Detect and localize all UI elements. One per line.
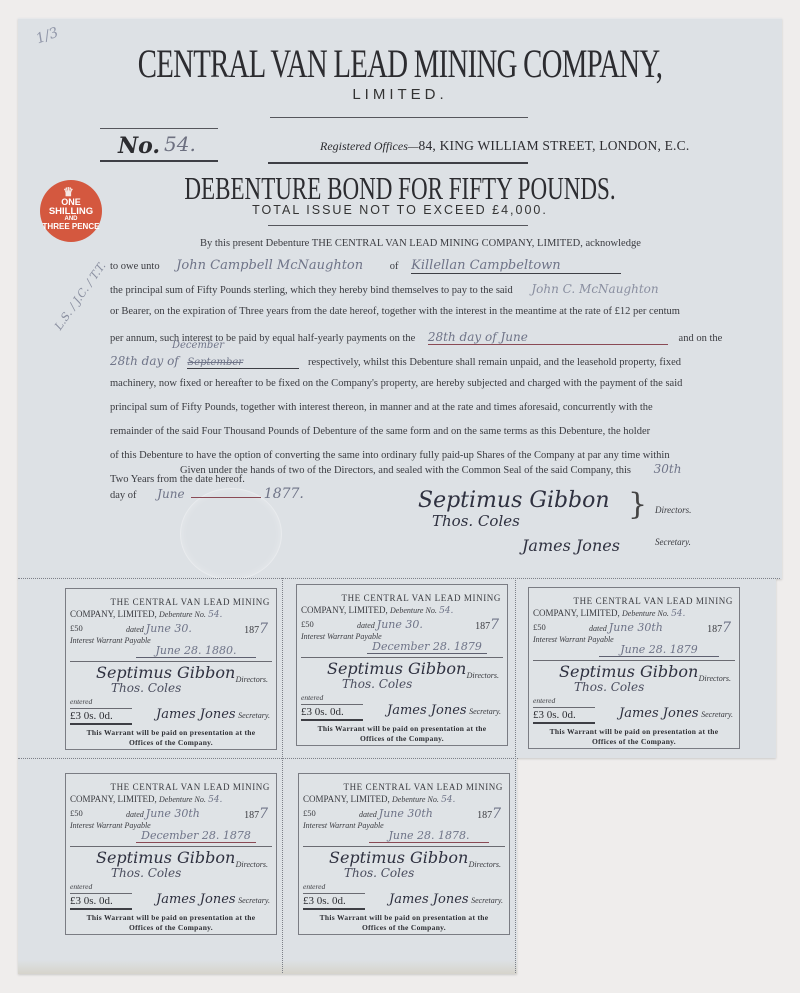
body-line-9: remainder of the said Four Thousand Poun… [110,426,650,437]
warrant-directors-label: Directors. [236,675,268,684]
warrant-directors-label: Directors. [469,860,501,869]
debenture-number-value: 54. [164,132,196,156]
warrant-dated: dated June 30. [357,618,423,631]
warrant-limited: COMPANY, LIMITED, [301,605,388,615]
warrant-principal: £50 [70,623,83,633]
warrant-separator [533,660,735,661]
year-prefix: 187 [475,621,490,632]
divider-rule [270,117,528,118]
paper-edge-stain [18,960,517,974]
year-suffix: 7 [722,620,731,636]
debenture-no-value: 54. [208,610,222,620]
year-prefix: 187 [477,810,492,821]
warrant-footer-line-2: Offices of the Company. [66,738,276,748]
warrant-interest-amount: £3 0s. 0d. [301,704,363,721]
dated-label: dated [126,810,144,819]
warrant-director-1-signature: Septimus Gibbon [96,848,235,867]
given-month-rule [191,497,261,498]
interest-warrant-4: THE CENTRAL VAN LEAD MINING COMPANY, LIM… [65,773,277,935]
year-prefix: 187 [244,625,259,636]
warrant-footer: This Warrant will be paid on presentatio… [297,724,507,744]
body-line-1: By this present Debenture THE CENTRAL VA… [200,238,641,249]
dated-value: June 30th [146,807,200,820]
principal-sum-text: the principal sum of Fifty Pounds sterli… [110,285,513,296]
warrant-company-line-2: COMPANY, LIMITED, Debenture No. 54. [303,794,455,805]
warrant-footer-line-1: This Warrant will be paid on presentatio… [529,727,739,737]
warrant-dated: dated June 30th [359,807,433,820]
given-month: June [157,487,184,501]
warrant-director-1-signature: Septimus Gibbon [329,848,468,867]
warrant-limited: COMPANY, LIMITED, [70,609,157,619]
warrant-secretary-signature: James Jones [156,707,236,722]
dated-label: dated [359,810,377,819]
warrant-year: 1877 [244,621,268,637]
warrant-footer-line-2: Offices of the Company. [299,923,509,933]
interest-warrant-2: THE CENTRAL VAN LEAD MINING COMPANY, LIM… [296,584,508,746]
body-line-8: principal sum of Fifty Pounds, together … [110,402,653,413]
respectively-text: respectively, whilst this Debenture shal… [308,357,681,368]
warrant-separator [70,661,272,662]
debenture-no-label: Debenture No. [392,795,439,804]
payment-date-2: 28th day of [110,354,179,368]
directors-label: Directors. [655,505,691,515]
body-line-3: the principal sum of Fifty Pounds sterli… [110,282,659,296]
warrant-directors-label: Directors. [467,671,499,680]
warrant-secretary-label: Secretary. [238,711,270,720]
perforation-horizontal [18,578,780,579]
payment-date-1: 28th day of June [428,330,668,345]
revenue-stamp: ♛ ONE SHILLING AND THREE PENCE [40,180,102,242]
interest-warrant-5: THE CENTRAL VAN LEAD MINING COMPANY, LIM… [298,773,510,935]
given-day: 30th [654,462,682,476]
year-suffix: 7 [492,806,501,822]
dated-value: June 30. [146,622,192,635]
given-year: 1877. [264,486,304,502]
warrant-entered-label: entered [533,696,555,705]
body-line-7: machinery, now fixed or hereafter to be … [110,378,682,389]
warrant-footer-line-2: Offices of the Company. [66,923,276,933]
warrant-dated: dated June 30th [126,807,200,820]
holder-short-name: John C. McNaughton [531,282,658,296]
given-date-line: day of June 1877. [110,486,304,502]
perforation-horizontal-2 [18,758,518,759]
warrant-pay-date: June 28. 1879 [599,643,719,657]
warrant-principal: £50 [303,808,316,818]
secretary-signature: James Jones [522,536,620,555]
payment-month-2-struck: September [187,357,299,369]
warrant-entered-label: entered [303,882,325,891]
debenture-no-value: 54. [208,795,222,805]
warrant-company: THE CENTRAL VAN LEAD MINING [299,782,503,792]
payment-month-2-inserted: December [172,340,224,351]
given-under-hands-text: Given under the hands of two of the Dire… [180,465,631,476]
warrant-interest-amount: £3 0s. 0d. [70,893,132,910]
interest-warrant-1: THE CENTRAL VAN LEAD MINING COMPANY, LIM… [65,588,277,750]
warrant-company: THE CENTRAL VAN LEAD MINING [66,782,270,792]
warrant-directors-label: Directors. [236,860,268,869]
perforation-vertical-1 [282,578,283,973]
stamp-line-4: THREE PENCE [40,222,102,231]
warrant-pay-date: June 28. 1878. [369,829,489,843]
warrant-director-1-signature: Septimus Gibbon [559,662,698,681]
director-2-signature: Thos. Coles [432,512,520,530]
warrant-footer: This Warrant will be paid on presentatio… [299,913,509,933]
warrant-interest-amount: £3 0s. 0d. [533,707,595,724]
warrant-footer-line-1: This Warrant will be paid on presentatio… [297,724,507,734]
year-prefix: 187 [707,624,722,635]
interest-warrant-3: THE CENTRAL VAN LEAD MINING COMPANY, LIM… [528,587,740,749]
secretary-label: Secretary. [655,537,691,547]
warrant-entered-label: entered [301,693,323,702]
warrant-company-line-2: COMPANY, LIMITED, Debenture No. 54. [70,609,222,620]
warrant-limited: COMPANY, LIMITED, [533,608,620,618]
body-line-6: 28th day of September respectively, whil… [110,354,681,369]
bond-subtitle: TOTAL ISSUE NOT TO EXCEED £4,000. [0,203,800,217]
warrant-secretary-label: Secretary. [469,707,501,716]
warrant-footer: This Warrant will be paid on presentatio… [529,727,739,747]
registered-offices: Registered Offices—84, KING WILLIAM STRE… [320,138,689,154]
warrant-company: THE CENTRAL VAN LEAD MINING [529,596,733,606]
warrant-director-2-signature: Thos. Coles [344,866,414,880]
director-1-signature: Septimus Gibbon [418,488,610,513]
warrant-year: 1877 [475,617,499,633]
warrant-secretary-signature: James Jones [619,706,699,721]
warrant-principal: £50 [70,808,83,818]
company-name: CENTRAL VAN LEAD MINING COMPANY, [112,40,688,87]
warrant-interest-amount: £3 0s. 0d. [303,893,365,910]
warrant-separator [303,846,505,847]
perforation-vertical-2 [515,578,516,973]
day-of-label: day of [110,490,137,501]
interest-terms-text: per annum, such interest to be paid by e… [110,333,415,344]
debenture-no-value: 54. [439,606,453,616]
warrant-secretary-label: Secretary. [701,710,733,719]
given-under-hands: Given under the hands of two of the Dire… [180,462,681,476]
warrant-year: 1877 [244,806,268,822]
debenture-no-label: Debenture No. [159,610,206,619]
company-limited: LIMITED. [0,86,800,103]
warrant-director-1-signature: Septimus Gibbon [96,663,235,682]
warrant-footer-line-2: Offices of the Company. [297,734,507,744]
directors-brace: } [628,487,647,522]
warrant-principal: £50 [533,622,546,632]
debenture-no-label: Debenture No. [159,795,206,804]
warrant-footer: This Warrant will be paid on presentatio… [66,913,276,933]
to-owe-unto: to owe unto [110,261,160,272]
dated-label: dated [357,621,375,630]
title-bottom-rule [268,225,528,226]
of-label: of [390,261,399,272]
warrant-pay-date: December 28. 1879 [367,640,487,654]
warrant-company: THE CENTRAL VAN LEAD MINING [297,593,501,603]
dated-label: dated [126,625,144,634]
warrant-director-2-signature: Thos. Coles [111,866,181,880]
warrant-entered-label: entered [70,882,92,891]
registered-offices-address: 84, KING WILLIAM STREET, LONDON, E.C. [419,138,690,153]
warrant-year: 1877 [707,620,731,636]
warrant-separator [301,657,503,658]
debenture-no-value: 54. [671,609,685,619]
dated-value: June 30th [609,621,663,634]
dated-label: dated [589,624,607,633]
body-line-4: or Bearer, on the expiration of Three ye… [110,306,680,317]
warrant-pay-date: June 28. 1880. [136,644,256,658]
warrant-footer-line-1: This Warrant will be paid on presentatio… [66,913,276,923]
warrant-footer: This Warrant will be paid on presentatio… [66,728,276,748]
warrant-principal: £50 [301,619,314,629]
holder-name: John Campbell McNaughton [176,258,363,273]
warrant-dated: dated June 30th [589,621,663,634]
number-top-rule [100,128,218,129]
and-on-the: and on the [679,333,723,344]
warrant-secretary-label: Secretary. [238,896,270,905]
warrant-entered-label: entered [70,697,92,706]
warrant-footer-line-1: This Warrant will be paid on presentatio… [299,913,509,923]
warrant-company-line-2: COMPANY, LIMITED, Debenture No. 54. [533,608,685,619]
warrant-limited: COMPANY, LIMITED, [303,794,390,804]
year-suffix: 7 [490,617,499,633]
warrant-interest-amount: £3 0s. 0d. [70,708,132,725]
warrant-year: 1877 [477,806,501,822]
registered-offices-label: Registered Offices— [320,139,419,153]
debenture-no-label: Debenture No. [390,606,437,615]
bond-title: DEBENTURE BOND FOR FIFTY POUNDS. [112,170,688,207]
warrant-secretary-label: Secretary. [471,896,503,905]
warrant-footer-line-1: This Warrant will be paid on presentatio… [66,728,276,738]
warrant-secretary-signature: James Jones [387,703,467,718]
year-prefix: 187 [244,810,259,821]
body-line-10: of this Debenture to have the option of … [110,450,670,461]
warrant-limited: COMPANY, LIMITED, [70,794,157,804]
warrant-company-line-2: COMPANY, LIMITED, Debenture No. 54. [301,605,453,616]
warrant-footer-line-2: Offices of the Company. [529,737,739,747]
warrant-secretary-signature: James Jones [156,892,236,907]
year-suffix: 7 [259,806,268,822]
warrant-directors-label: Directors. [699,674,731,683]
title-top-rule [268,162,528,164]
dated-value: June 30. [377,618,423,631]
body-line-2: to owe unto John Campbell McNaughton of … [110,258,621,274]
warrant-dated: dated June 30. [126,622,192,635]
warrant-separator [70,846,272,847]
warrant-company: THE CENTRAL VAN LEAD MINING [66,597,270,607]
warrant-director-2-signature: Thos. Coles [111,681,181,695]
warrant-company-line-2: COMPANY, LIMITED, Debenture No. 54. [70,794,222,805]
dated-value: June 30th [379,807,433,820]
warrant-director-2-signature: Thos. Coles [342,677,412,691]
warrant-director-1-signature: Septimus Gibbon [327,659,466,678]
warrant-pay-date: December 28. 1878 [136,829,256,843]
debenture-no-value: 54. [441,795,455,805]
year-suffix: 7 [259,621,268,637]
number-bottom-rule [100,160,218,162]
debenture-number-label: No. [118,133,160,159]
holder-place: Killellan Campbeltown [411,258,621,274]
warrant-director-2-signature: Thos. Coles [574,680,644,694]
debenture-no-label: Debenture No. [622,609,669,618]
warrant-secretary-signature: James Jones [389,892,469,907]
